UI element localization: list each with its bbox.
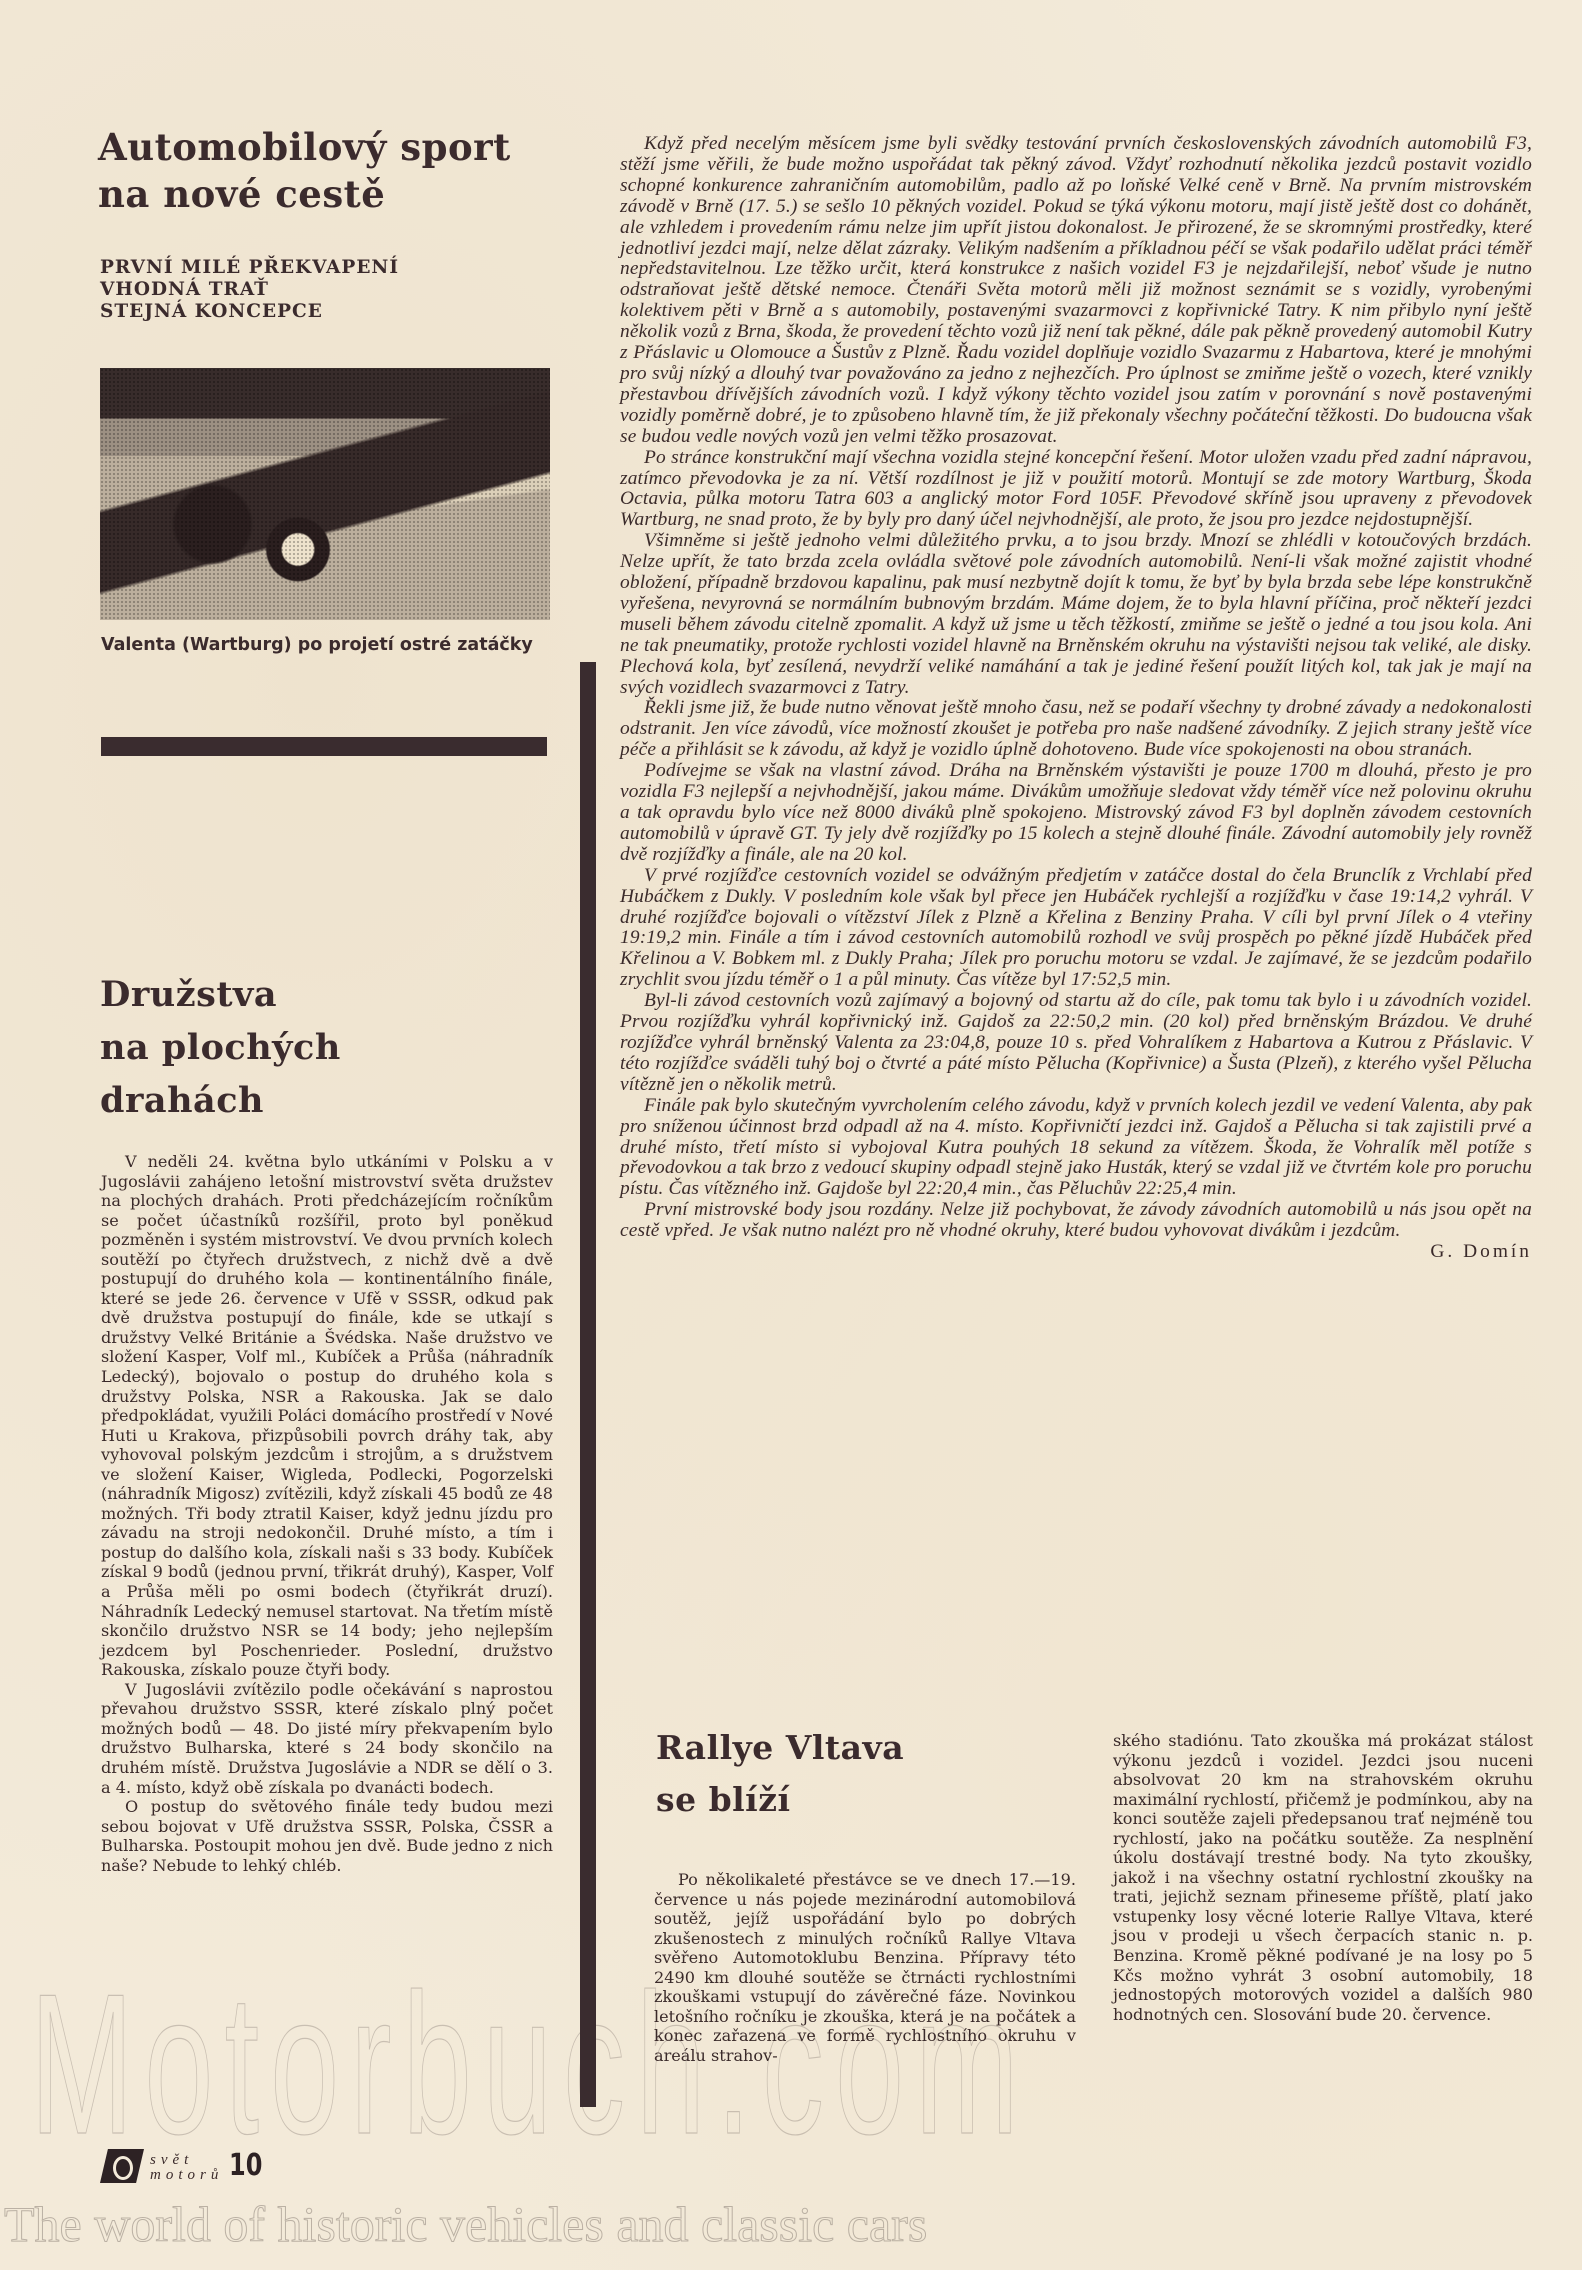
article-header: Automobilový sport na nové cestě [98, 124, 578, 219]
subhead: VHODNÁ TRAŤ [100, 279, 399, 301]
article-title-line1: Rallye Vltava [656, 1722, 904, 1774]
page-number: 10 [229, 2148, 262, 2183]
article-title-speedway: Družstva na plochých drahách [100, 968, 341, 1127]
paragraph: Podívejme se však na vlastní závod. Dráh… [620, 761, 1532, 866]
svet-motoru-logo-icon [100, 2149, 144, 2183]
paragraph: Po stránce konstrukční mají všechna vozi… [620, 448, 1532, 532]
photo-caption: Valenta (Wartburg) po projetí ostré zatá… [101, 635, 533, 655]
race-car-photo [100, 368, 550, 620]
watermark-tagline: The world of historic vehicles and class… [4, 2195, 927, 2253]
magazine-word1: svět [150, 2153, 223, 2168]
subhead: PRVNÍ MILÉ PŘEKVAPENÍ [100, 257, 399, 279]
paragraph: Když před necelým měsícem jsme byli svěd… [620, 134, 1532, 448]
author-signature: G. Domín [620, 1242, 1532, 1263]
paragraph: Finále pak bylo skutečným vyvrcholením c… [620, 1096, 1532, 1201]
paragraph: ského stadiónu. Tato zkouška má prokázat… [1113, 1731, 1533, 2024]
article-title-line1: Družstva [100, 968, 341, 1021]
magazine-footer: svět motorů 10 [100, 2148, 271, 2183]
article-body-speedway: V neděli 24. května bylo utkáními v Pols… [101, 1152, 553, 1875]
article-subheads: PRVNÍ MILÉ PŘEKVAPENÍ VHODNÁ TRAŤ STEJNÁ… [100, 257, 399, 323]
subhead: STEJNÁ KONCEPCE [100, 301, 399, 323]
magazine-word2: motorů [150, 2168, 223, 2183]
magazine-name: svět motorů [150, 2153, 223, 2183]
paragraph: Byl-li závod cestovních vozů zajímavý a … [620, 991, 1532, 1096]
article-title-rallye: Rallye Vltava se blíží [656, 1722, 904, 1826]
paragraph: První mistrovské body jsou rozdány. Nelz… [620, 1200, 1532, 1242]
article-title-line1: Automobilový sport [98, 124, 578, 171]
paragraph: V neděli 24. května bylo utkáními v Pols… [101, 1152, 553, 1680]
article-body-rallye-col1: Po několikaleté přestávce se ve dnech 17… [654, 1870, 1076, 2065]
article-body-auto-sport: Když před necelým měsícem jsme byli svěd… [620, 134, 1532, 1263]
article-title: Automobilový sport na nové cestě [98, 124, 578, 219]
horizontal-rule [101, 737, 547, 756]
paragraph: V Jugoslávii zvítězilo podle očekávání s… [101, 1680, 553, 1797]
paragraph: Řekli jsme již, že bude nutno věnovat je… [620, 698, 1532, 761]
article-body-rallye-col2: ského stadiónu. Tato zkouška má prokázat… [1113, 1731, 1533, 2024]
paragraph: O postup do světového finále tedy budou … [101, 1797, 553, 1875]
paragraph: V prvé rozjížďce cestovních vozidel se o… [620, 866, 1532, 991]
article-title-line3: drahách [100, 1074, 341, 1127]
article-title-line2: se blíží [656, 1774, 904, 1826]
article-title-line2: na nové cestě [98, 171, 578, 218]
article-title-line2: na plochých [100, 1021, 341, 1074]
paragraph: Po několikaleté přestávce se ve dnech 17… [654, 1870, 1076, 2065]
paragraph: Všimněme si ještě jednoho velmi důležité… [620, 531, 1532, 698]
vertical-rule [580, 662, 596, 2107]
